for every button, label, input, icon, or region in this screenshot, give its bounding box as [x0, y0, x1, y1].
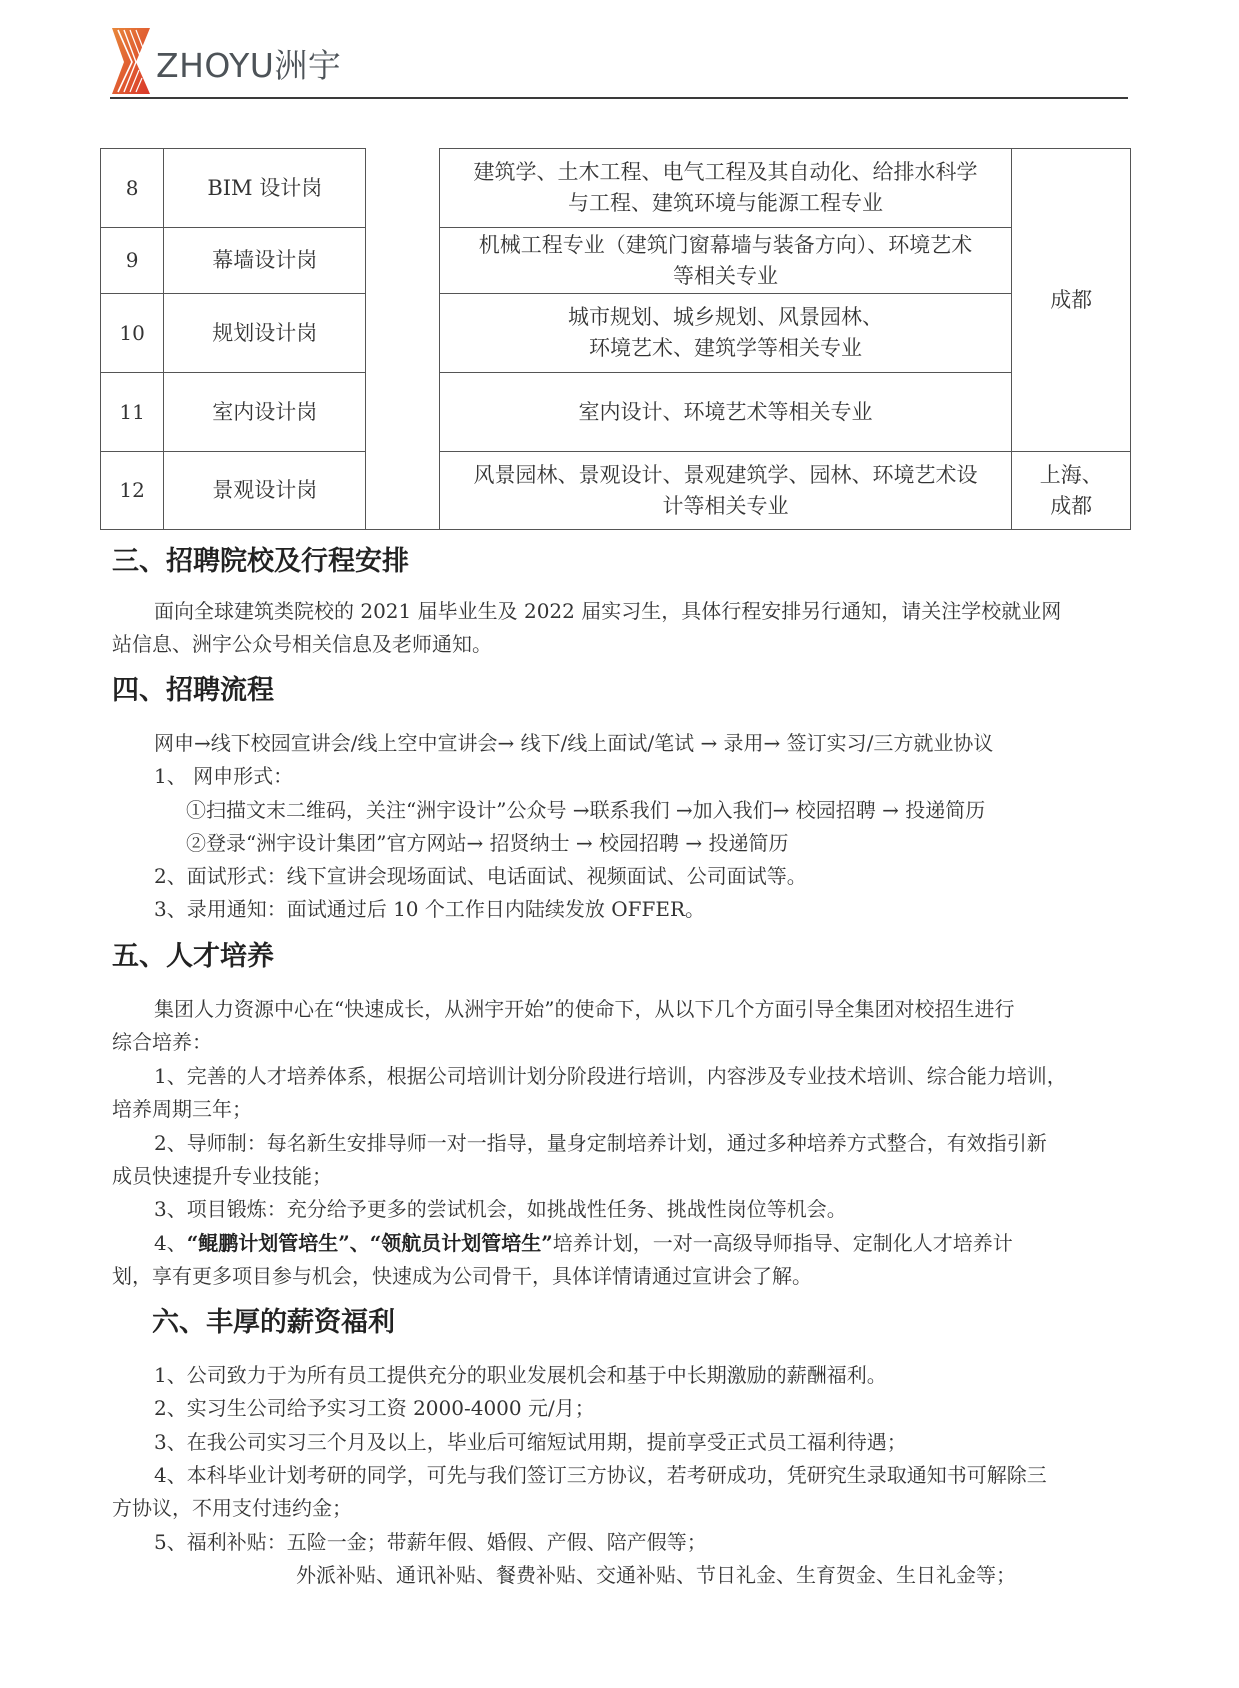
- list-text: 培养计划，一对一高级导师指导、定制化人才培养计: [553, 1231, 1013, 1255]
- list-item: 划，享有更多项目参与机会，快速成为公司骨干，具体详情请通过宣讲会了解。: [112, 1260, 812, 1293]
- list-item: 成员快速提升专业技能；: [112, 1160, 332, 1193]
- list-item: 5、福利补贴：五险一金；带薪年假、婚假、产假、陪产假等；: [154, 1526, 707, 1559]
- paragraph: 综合培养：: [112, 1026, 212, 1059]
- list-item: 1、完善的人才培养体系，根据公司培训计划分阶段进行培训，内容涉及专业技术培训、综…: [154, 1060, 1067, 1093]
- list-item: 1、公司致力于为所有员工提供充分的职业发展机会和基于中长期激励的薪酬福利。: [154, 1359, 887, 1392]
- list-item: 4、本科毕业计划考研的同学，可先与我们签订三方协议，若考研成功，凭研究生录取通知…: [154, 1459, 1047, 1492]
- list-item: 方协议，不用支付违约金；: [112, 1492, 352, 1525]
- list-item: 2、导师制：每名新生安排导师一对一指导，量身定制培养计划，通过多种培养方式整合，…: [154, 1127, 1047, 1160]
- section-title: 三、招聘院校及行程安排: [112, 545, 409, 578]
- list-item: 培养周期三年；: [112, 1093, 252, 1126]
- section-title: 六、丰厚的薪资福利: [152, 1306, 395, 1339]
- process-flow: 网申→线下校园宣讲会/线上空中宣讲会→ 线下/线上面试/笔试 → 录用→ 签订实…: [154, 727, 993, 760]
- list-item: 2、实习生公司给予实习工资 2000-4000 元/月；: [154, 1392, 595, 1425]
- list-item: 3、录用通知：面试通过后 10 个工作日内陆续发放 OFFER。: [154, 893, 705, 926]
- list-item: 2、面试形式：线下宣讲会现场面试、电话面试、视频面试、公司面试等。: [154, 860, 807, 893]
- section-title: 四、招聘流程: [112, 674, 274, 707]
- list-item: 4、“鲲鹏计划管培生”、“领航员计划管培生”培养计划，一对一高级导师指导、定制化…: [154, 1227, 1013, 1260]
- list-item: 1、 网申形式：: [154, 760, 293, 793]
- section-title: 五、人才培养: [112, 940, 274, 973]
- list-item: 3、项目锻炼：充分给予更多的尝试机会，如挑战性任务、挑战性岗位等机会。: [154, 1193, 847, 1226]
- paragraph: 集团人力资源中心在“快速成长，从洲宇开始”的使命下，从以下几个方面引导全集团对校…: [154, 993, 1014, 1026]
- list-number: 4、: [154, 1231, 187, 1255]
- paragraph: 面向全球建筑类院校的 2021 届毕业生及 2022 届实习生，具体行程安排另行…: [154, 595, 1061, 628]
- paragraph: 站信息、洲宇公众号相关信息及老师通知。: [112, 628, 492, 661]
- list-subitem: ②登录“洲宇设计集团”官方网站→ 招贤纳士 → 校园招聘 → 投递简历: [186, 827, 789, 860]
- list-item: 外派补贴、通讯补贴、餐费补贴、交通补贴、节日礼金、生育贺金、生日礼金等；: [296, 1559, 1016, 1592]
- program-names: “鲲鹏计划管培生”、“领航员计划管培生”: [187, 1231, 553, 1255]
- list-item: 3、在我公司实习三个月及以上，毕业后可缩短试用期，提前享受正式员工福利待遇；: [154, 1426, 907, 1459]
- document-body: 三、招聘院校及行程安排 面向全球建筑类院校的 2021 届毕业生及 2022 届…: [112, 0, 1128, 1688]
- list-subitem: ①扫描文末二维码，关注“洲宇设计”公众号 →联系我们 →加入我们→ 校园招聘 →…: [186, 794, 985, 827]
